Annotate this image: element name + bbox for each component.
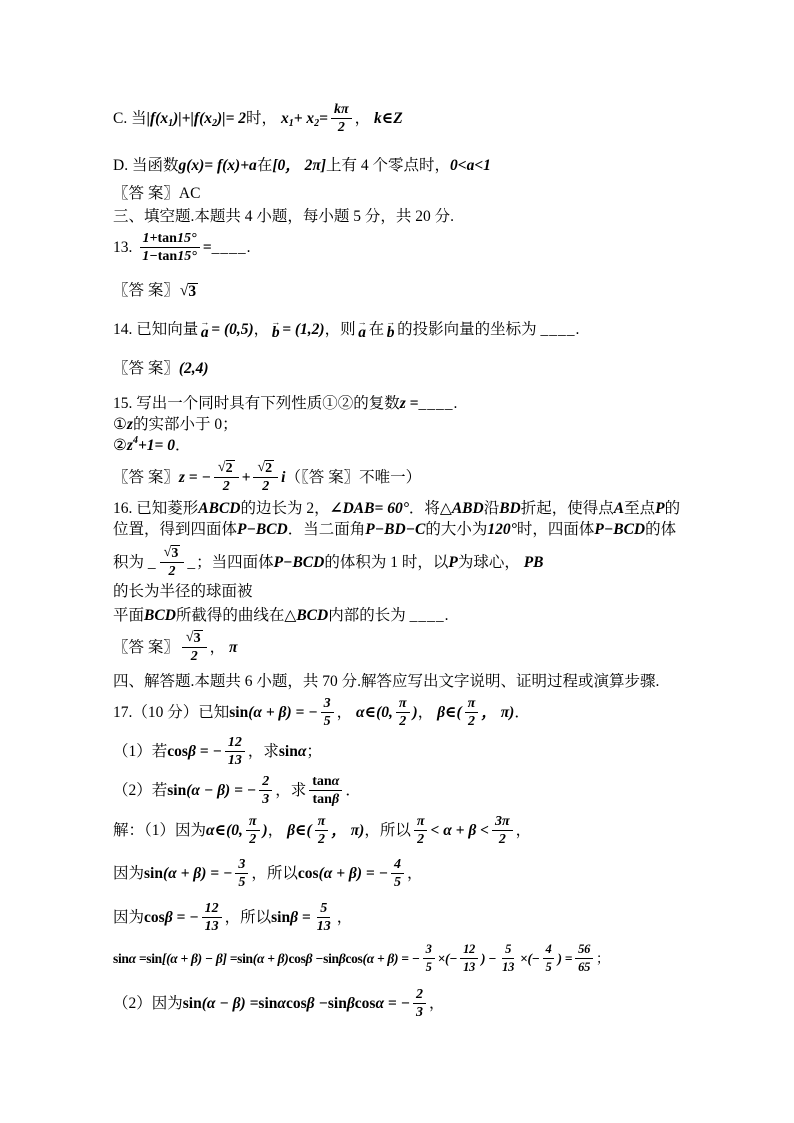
math-run: |f(x xyxy=(147,108,169,129)
math-run: α xyxy=(277,993,286,1014)
fraction: 35 xyxy=(321,696,334,729)
text-run: ．当二面角 xyxy=(288,519,366,540)
math-run: 4 xyxy=(546,942,552,957)
radical-icon: √ xyxy=(186,630,194,645)
function-name: cos xyxy=(167,741,188,762)
math-run: 5 xyxy=(324,714,331,729)
text-run: 内部的长为 xyxy=(328,605,409,626)
document-line: 〖答 案〗z = −√22+√22i（〖答 案〗不唯一） xyxy=(113,458,682,496)
vector: →a xyxy=(200,320,209,340)
math-run: π xyxy=(249,814,257,829)
math-run: 1+ xyxy=(143,231,158,246)
fraction: π2 xyxy=(465,696,479,729)
math-run: 13 xyxy=(205,919,219,934)
function-name: cos xyxy=(144,907,165,928)
fraction: kπ2 xyxy=(331,102,352,135)
text-run: ， xyxy=(355,108,374,129)
math-run: 2 xyxy=(262,774,269,789)
math-run: 2 xyxy=(468,714,475,729)
denominator: 13 xyxy=(499,959,517,975)
text-run: . xyxy=(576,319,580,340)
radical-icon: √ xyxy=(218,460,226,475)
math-run: 120° xyxy=(487,519,516,540)
text-run: ； xyxy=(306,741,322,762)
denominator: 5 xyxy=(321,713,334,729)
function-name: tan xyxy=(157,231,176,246)
text-run: 沿 xyxy=(484,498,500,519)
math-run: z = − xyxy=(179,467,211,488)
text-run: D. 当函数 xyxy=(113,155,178,176)
math-run: k∈Z xyxy=(374,108,403,129)
math-run: α xyxy=(332,774,340,789)
numerator: π xyxy=(465,696,479,713)
vector-base: b xyxy=(387,325,395,340)
math-run: = (1,2) xyxy=(282,319,324,340)
numerator: 56 xyxy=(575,942,593,959)
text-run: ，求 xyxy=(248,741,279,762)
fraction: 1213 xyxy=(202,901,222,934)
math-run: BCD xyxy=(144,605,176,626)
text-run: ， xyxy=(268,820,287,841)
denominator: 2 xyxy=(315,831,328,847)
numerator: √3 xyxy=(182,630,207,648)
text-run: 三、填空题.本题共 4 小题，每小题 5 分，共 20 分. xyxy=(113,206,454,227)
answer-blank: ____ xyxy=(410,605,445,626)
text-run: 在 xyxy=(369,319,385,340)
function-name: sin xyxy=(279,741,298,762)
text-run: 因为 xyxy=(113,863,144,884)
text-run: 的实部小于 0； xyxy=(133,414,238,435)
text-run: 17.（10 分）已知 xyxy=(113,702,229,723)
document-line: C. 当|f(x1)|+|f(x2)|= 2时， x1+ x2=kπ2， k∈Z xyxy=(113,100,682,137)
numerator: 12 xyxy=(225,735,245,752)
denominator: 13 xyxy=(202,918,222,934)
math-run: ) = xyxy=(557,948,572,969)
math-run: β∈( xyxy=(437,702,462,723)
text-run: （1）若 xyxy=(113,741,167,762)
fraction: √22 xyxy=(214,460,239,494)
text-run: 的大小为 xyxy=(425,519,487,540)
text-run: . xyxy=(247,237,251,258)
math-run: = (0,5) xyxy=(211,319,253,340)
square-root: √3 xyxy=(164,545,181,561)
vector-base: b xyxy=(272,325,280,340)
denominator: 3 xyxy=(259,791,272,807)
radical-icon: √ xyxy=(257,460,265,475)
denominator: 3 xyxy=(413,1004,426,1020)
math-run: △BCD xyxy=(284,605,328,626)
document-page: C. 当|f(x1)|+|f(x2)|= 2时， x1+ x2=kπ2， k∈Z… xyxy=(0,0,794,1123)
document-line: 15. 写出一个同时具有下列性质①②的复数z =____. xyxy=(113,393,682,414)
radicand: 2 xyxy=(265,460,274,476)
document-line: 因为cosβ = −1213，所以sinβ =513， xyxy=(113,899,682,936)
superscript: 4 xyxy=(133,436,138,446)
vector-base: a xyxy=(358,325,366,340)
radical-icon: √ xyxy=(164,545,172,560)
answer-blank: _ xyxy=(187,552,196,573)
math-run: < α + β < xyxy=(430,820,489,841)
math-run: P−BCD xyxy=(594,519,645,540)
math-run: 3 xyxy=(426,942,432,957)
math-run: β = − xyxy=(165,907,199,928)
numerator: 5 xyxy=(317,901,330,918)
fraction: π2 xyxy=(315,814,329,847)
function-name: cos xyxy=(345,948,362,969)
numerator: 5 xyxy=(502,942,514,959)
text-run: 为球心， xyxy=(458,552,524,573)
denominator: 1−tan15° xyxy=(139,248,200,264)
function-name: cos xyxy=(288,948,305,969)
text-run: ， xyxy=(516,820,532,841)
math-run: [(α + β) − β] = xyxy=(162,948,237,969)
math-run: α∈(0, xyxy=(356,702,393,723)
math-run: 2 xyxy=(318,832,325,847)
text-run: ， xyxy=(337,907,353,928)
math-run: 5 xyxy=(426,960,432,975)
fraction: 23 xyxy=(259,774,272,807)
denominator: 2 xyxy=(465,713,478,729)
function-name: sin xyxy=(328,993,347,1014)
text-run: 上有 4 个零点时， xyxy=(326,155,450,176)
text-run: ② xyxy=(113,435,127,456)
document-body: C. 当|f(x1)|+|f(x2)|= 2时， x1+ x2=kπ2， k∈Z… xyxy=(113,100,682,1022)
text-run: 时，四面体 xyxy=(517,519,595,540)
math-run: β = − xyxy=(188,741,222,762)
denominator: tanβ xyxy=(310,791,343,807)
subscript: 1 xyxy=(168,119,173,129)
math-run: 2 xyxy=(262,479,269,494)
denominator: 2 xyxy=(220,478,233,494)
math-run: π xyxy=(318,814,326,829)
math-run: β xyxy=(332,792,339,807)
math-run: 3π xyxy=(495,814,510,829)
fraction: tanαtanβ xyxy=(309,774,342,807)
function-name: sin xyxy=(271,907,290,928)
text-run: ① xyxy=(113,414,127,435)
denominator: 2 xyxy=(165,563,178,579)
denominator: 2 xyxy=(414,831,427,847)
math-run: 5 xyxy=(546,960,552,975)
text-run: 〖答 案〗 xyxy=(113,467,179,488)
numerator: 12 xyxy=(202,901,222,918)
math-run: BD xyxy=(499,498,521,519)
document-line: 四、解答题.本题共 6 小题，共 70 分.解答应写出文字说明、证明过程或演算步… xyxy=(113,671,682,692)
text-run: ；当四面体 xyxy=(196,552,274,573)
math-run: (α − β) = − xyxy=(186,780,256,801)
answer-blank: ____ xyxy=(419,393,454,414)
numerator: π xyxy=(396,696,410,713)
math-run: 4 xyxy=(394,857,401,872)
text-run: 15. 写出一个同时具有下列性质①②的复数 xyxy=(113,393,400,414)
math-run: α∈(0, xyxy=(206,820,243,841)
text-run: 时， xyxy=(246,108,281,129)
text-run: 〖答 案〗AC xyxy=(113,183,200,204)
denominator: 5 xyxy=(391,874,404,890)
vector: →b xyxy=(386,320,395,340)
text-run: 的体 xyxy=(645,519,676,540)
vector-base: a xyxy=(201,325,209,340)
text-run: ，所以 xyxy=(251,863,298,884)
math-run: β − xyxy=(306,948,324,969)
function-name: sin xyxy=(183,993,202,1014)
math-run: 3 xyxy=(416,1005,423,1020)
text-run: 四、解答题.本题共 6 小题，共 70 分.解答应写出文字说明、证明过程或演算步… xyxy=(113,671,659,692)
math-run: α xyxy=(298,741,307,762)
math-run: +1= 0 xyxy=(138,435,175,456)
math-run: α = xyxy=(129,948,147,969)
math-run: β = xyxy=(290,907,311,928)
answer-blank: ____ xyxy=(212,237,247,258)
text-run: ， xyxy=(210,637,229,658)
math-run: π xyxy=(417,814,425,829)
fraction: 513 xyxy=(499,942,517,975)
text-run: ． xyxy=(345,780,361,801)
math-run: π xyxy=(399,696,407,711)
math-run: g(x)= f(x)+a xyxy=(178,155,256,176)
math-run: (α + β) xyxy=(253,948,289,969)
denominator: 2 xyxy=(246,831,259,847)
math-run: 13 xyxy=(317,919,331,934)
denominator: 13 xyxy=(314,918,334,934)
math-run: P xyxy=(655,498,664,519)
document-line: 解：（1）因为α∈(0,π2)， β∈(π2， π)，所以π2< α + β <… xyxy=(113,812,682,849)
numerator: π xyxy=(315,814,329,831)
text-run: 解：（1）因为 xyxy=(113,820,206,841)
math-run: ∠DAB= 60° xyxy=(330,498,409,519)
math-run: (α + β) = − xyxy=(319,863,388,884)
answer-blank: _ xyxy=(148,552,157,573)
numerator: √2 xyxy=(214,460,239,478)
numerator: 4 xyxy=(391,857,404,874)
math-run: 0<a<1 xyxy=(450,155,491,176)
denominator: 2 xyxy=(259,478,272,494)
text-run: ， xyxy=(254,319,270,340)
document-line: 〖答 案〗AC xyxy=(113,183,682,204)
math-run: + xyxy=(242,467,251,488)
math-run: )|= 2 xyxy=(217,108,246,129)
math-run: ) − xyxy=(481,948,496,969)
document-line: （2）因为sin(α − β) =sinαcosβ −sinβcosα = −2… xyxy=(113,985,682,1022)
math-run: 3 xyxy=(324,696,331,711)
text-run: 的 xyxy=(665,498,681,519)
math-run: 15° xyxy=(177,231,197,246)
text-run: 位置，得到四面体 xyxy=(113,519,237,540)
text-run: （2）若 xyxy=(113,780,167,801)
function-name: cos xyxy=(298,863,319,884)
numerator: π xyxy=(246,814,260,831)
text-run: ， xyxy=(418,702,437,723)
answer-blank: ____ xyxy=(541,319,576,340)
math-run: 5 xyxy=(320,901,327,916)
denominator: 5 xyxy=(423,959,435,975)
denominator: 2 xyxy=(335,119,348,135)
text-run: 14. 已知向量 xyxy=(113,319,198,340)
text-run: C. 当 xyxy=(113,108,147,129)
text-run: 积为 xyxy=(113,552,148,573)
text-run: ， xyxy=(337,702,356,723)
fraction: 3π2 xyxy=(492,814,513,847)
text-run: ．将 xyxy=(409,498,440,519)
function-name: sin xyxy=(113,948,129,969)
math-run: 2 xyxy=(338,120,345,135)
function-name: sin xyxy=(146,948,162,969)
math-run: 2 xyxy=(223,479,230,494)
fraction: √22 xyxy=(253,460,278,494)
numerator: √3 xyxy=(160,545,185,563)
math-run: [0， 2π] xyxy=(272,155,326,176)
math-run: z = xyxy=(400,393,419,414)
function-name: sin xyxy=(258,993,277,1014)
numerator: tanα xyxy=(309,774,342,791)
denominator: 13 xyxy=(460,959,478,975)
square-root: √3 xyxy=(186,630,203,646)
document-line: 14. 已知向量→a= (0,5)，→b= (1,2)，则→a在→b的投影向量的… xyxy=(113,319,682,340)
text-run: 的体积为 1 时，以 xyxy=(324,552,448,573)
text-run: 因为 xyxy=(113,907,144,928)
text-run: （〖答 案〗不唯一） xyxy=(285,467,421,488)
text-run: 13. xyxy=(113,237,136,258)
document-line: D. 当函数g(x)= f(x)+a在[0， 2π]上有 4 个零点时，0<a<… xyxy=(113,155,682,176)
numerator: 4 xyxy=(543,942,555,959)
numerator: 3 xyxy=(235,857,248,874)
math-run: (α + β) = − xyxy=(363,948,420,969)
text-run: 折起，使得点 xyxy=(521,498,614,519)
numerator: kπ xyxy=(331,102,352,119)
function-name: tan xyxy=(158,249,177,264)
document-line: 积为 _√32_；当四面体P−BCD的体积为 1 时，以P为球心， PB的长为半… xyxy=(113,543,682,602)
function-name: sin xyxy=(144,863,163,884)
fraction: 45 xyxy=(543,942,555,975)
math-run: △ABD xyxy=(440,498,484,519)
square-root: √2 xyxy=(257,460,274,476)
math-run: 2 xyxy=(249,832,256,847)
math-run: x xyxy=(281,108,289,129)
document-line: sinα =sin[(α + β) − β] =sin(α + β)cosβ −… xyxy=(113,940,682,977)
math-run: 12 xyxy=(205,901,219,916)
math-run: 2 xyxy=(417,832,424,847)
math-run: 2 xyxy=(416,987,423,1002)
math-run: β − xyxy=(307,993,328,1014)
text-run: 〖答 案〗 xyxy=(113,637,179,658)
denominator: 2 xyxy=(188,648,201,664)
fraction: √32 xyxy=(160,545,185,579)
denominator: 5 xyxy=(235,874,248,890)
numerator: 3 xyxy=(321,696,334,713)
text-run: ． xyxy=(175,435,191,456)
radicand: 3 xyxy=(194,630,203,646)
radicand: 3 xyxy=(188,283,198,299)
text-run: . xyxy=(445,605,449,626)
document-line: 16. 已知菱形ABCD的边长为 2，∠DAB= 60°．将△ABD沿BD折起，… xyxy=(113,498,682,519)
math-run: )|+|f(x xyxy=(173,108,212,129)
fraction: π2 xyxy=(246,814,260,847)
math-run: 1− xyxy=(142,249,157,264)
function-name: sin xyxy=(167,780,186,801)
math-run: 12 xyxy=(463,942,475,957)
fraction: 1213 xyxy=(460,942,478,975)
text-run: 平面 xyxy=(113,605,144,626)
math-run: P−BCD xyxy=(237,519,288,540)
vector: →a xyxy=(358,320,367,340)
subscript: 1 xyxy=(289,119,294,129)
text-run: 在 xyxy=(257,155,273,176)
math-run: A xyxy=(614,498,624,519)
document-line: 三、填空题.本题共 4 小题，每小题 5 分，共 20 分. xyxy=(113,206,682,227)
math-run: π xyxy=(229,637,237,658)
fraction: √32 xyxy=(182,630,207,664)
function-name: sin xyxy=(229,702,248,723)
numerator: 2 xyxy=(413,987,426,1004)
math-run: ， π) xyxy=(331,820,364,841)
square-root: √2 xyxy=(218,460,235,476)
document-line: 〖答 案〗√32， π xyxy=(113,628,682,666)
document-line: 因为sin(α + β) = −35，所以cos(α + β) = −45， xyxy=(113,855,682,892)
math-run: PB xyxy=(524,552,544,573)
document-line: 平面BCD所截得的曲线在△BCD内部的长为 ____. xyxy=(113,605,682,626)
fraction: π2 xyxy=(396,696,410,729)
math-run: β xyxy=(339,948,346,969)
math-run: 15° xyxy=(177,249,197,264)
math-run: 3 xyxy=(238,857,245,872)
denominator: 13 xyxy=(225,752,245,768)
math-run: 56 xyxy=(578,942,590,957)
fraction: 5665 xyxy=(575,942,593,975)
document-line: ①z的实部小于 0； xyxy=(113,414,682,435)
numerator: 12 xyxy=(460,942,478,959)
text-run: 至点 xyxy=(624,498,655,519)
subscript: 2 xyxy=(314,119,319,129)
numerator: √2 xyxy=(253,460,278,478)
fraction: 513 xyxy=(314,901,334,934)
fraction: 1+tan15°1−tan15° xyxy=(139,231,200,264)
radicand: 2 xyxy=(226,460,235,476)
text-run: . xyxy=(454,393,458,414)
math-run: 65 xyxy=(578,960,590,975)
math-run: 3 xyxy=(262,792,269,807)
text-run: ，则 xyxy=(325,319,356,340)
fraction: π2 xyxy=(414,814,428,847)
math-run: (α + β) = − xyxy=(248,702,317,723)
math-run: 12 xyxy=(228,735,242,750)
document-line: 〖答 案〗√3 xyxy=(113,280,682,301)
text-run: （2）因为 xyxy=(113,993,183,1014)
text-run: 16. 已知菱形 xyxy=(113,498,198,519)
math-run: α = − xyxy=(375,993,410,1014)
math-run: 5 xyxy=(505,942,511,957)
text-run: 所截得的曲线在 xyxy=(176,605,285,626)
text-run: 〖答 案〗 xyxy=(113,280,179,301)
math-run: ABCD xyxy=(198,498,240,519)
denominator: 65 xyxy=(575,959,593,975)
function-name: sin xyxy=(237,948,253,969)
text-run: ． xyxy=(514,702,530,723)
math-run: (α + β) = − xyxy=(163,863,232,884)
math-run: 2 xyxy=(168,564,175,579)
document-line: 位置，得到四面体P−BCD．当二面角P−BD−C的大小为120°时，四面体P−B… xyxy=(113,519,682,540)
math-run: 13 xyxy=(502,960,514,975)
text-run: 的投影向量的坐标为 xyxy=(397,319,540,340)
math-run: (2,4) xyxy=(179,358,209,379)
math-run: ×(− xyxy=(438,948,457,969)
numerator: π xyxy=(414,814,428,831)
math-run: = xyxy=(319,108,328,129)
math-run: β∈( xyxy=(287,820,312,841)
text-run: ，所以 xyxy=(364,820,411,841)
math-run: + x xyxy=(294,108,314,129)
math-run: β xyxy=(347,993,355,1014)
vector: →b xyxy=(271,320,280,340)
fraction: 35 xyxy=(423,942,435,975)
